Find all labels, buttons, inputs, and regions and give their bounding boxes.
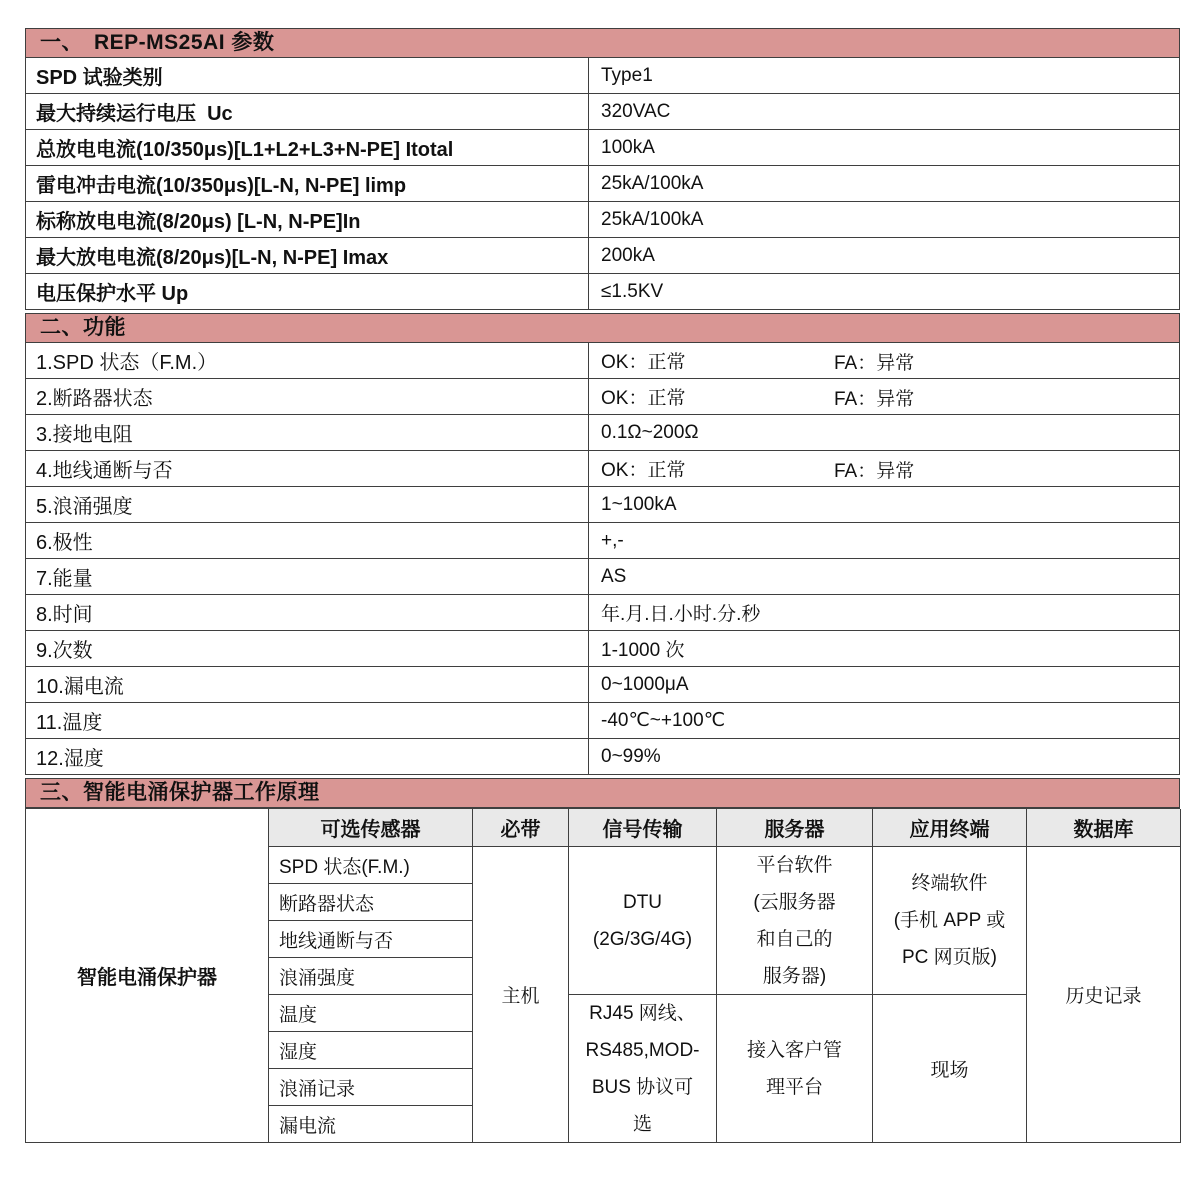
must-have-cell: 主机 (473, 847, 569, 1143)
terminal-top-cell: 终端软件 (手机 APP 或 PC 网页版) (873, 847, 1027, 995)
function-label: 12.湿度 (26, 739, 589, 774)
sensor-cell: 断路器状态 (269, 884, 473, 921)
param-value: 200kA (589, 238, 1179, 273)
spec-document: 一、 REP-MS25AI 参数 SPD 试验类别 Type1 最大持续运行电压… (25, 28, 1180, 1143)
column-header: 应用终端 (873, 809, 1027, 847)
table-row: 7.能量 AS (25, 559, 1180, 595)
table-row: 总放电电流(10/350μs)[L1+L2+L3+N-PE] Itotal 10… (25, 130, 1180, 166)
function-label: 10.漏电流 (26, 667, 589, 702)
column-header: 服务器 (717, 809, 873, 847)
sensor-cell: 漏电流 (269, 1106, 473, 1143)
sensor-cell: 温度 (269, 995, 473, 1032)
signal-top-text: DTU (2G/3G/4G) (593, 884, 692, 958)
signal-bottom-cell: RJ45 网线、 RS485,MOD- BUS 协议可 选 (569, 995, 717, 1143)
server-top-text: 平台软件 (云服务器 和自己的 服务器) (753, 847, 835, 995)
function-label: 3.接地电阻 (26, 415, 589, 450)
sensor-cell: 地线通断与否 (269, 921, 473, 958)
function-value: 0.1Ω~200Ω (589, 415, 1179, 450)
function-label: 6.极性 (26, 523, 589, 558)
ok-state: OK：正常 (601, 383, 685, 410)
param-label: 最大放电电流(8/20μs)[L-N, N-PE] Imax (26, 238, 589, 273)
table-row: SPD 试验类别 Type1 (25, 58, 1180, 94)
function-value: 0~99% (589, 739, 1179, 774)
table-row: 3.接地电阻 0.1Ω~200Ω (25, 415, 1180, 451)
column-header: 必带 (473, 809, 569, 847)
signal-bottom-text: RJ45 网线、 RS485,MOD- BUS 协议可 选 (585, 995, 699, 1143)
table-row: 8.时间 年.月.日.小时.分.秒 (25, 595, 1180, 631)
function-label: 5.浪涌强度 (26, 487, 589, 522)
param-label: 标称放电电流(8/20μs) [L-N, N-PE]In (26, 202, 589, 237)
sensor-cell: 浪涌记录 (269, 1069, 473, 1106)
parameters-table: SPD 试验类别 Type1 最大持续运行电压 Uc 320VAC 总放电电流(… (25, 58, 1180, 310)
ok-state: OK：正常 (601, 347, 685, 374)
section-1-header: 一、 REP-MS25AI 参数 (25, 28, 1180, 58)
table-row: 6.极性 +,- (25, 523, 1180, 559)
table-row: 雷电冲击电流(10/350μs)[L-N, N-PE] limp 25kA/10… (25, 166, 1180, 202)
sensor-cell: 浪涌强度 (269, 958, 473, 995)
function-label: 1.SPD 状态（F.M.） (26, 343, 589, 378)
param-value: Type1 (589, 58, 1179, 93)
table-row: 9.次数 1-1000 次 (25, 631, 1180, 667)
function-value: 年.月.日.小时.分.秒 (589, 595, 1179, 630)
function-label: 8.时间 (26, 595, 589, 630)
table-row: 标称放电电流(8/20μs) [L-N, N-PE]In 25kA/100kA (25, 202, 1180, 238)
fa-state: FA：异常 (834, 451, 914, 486)
row-header-cell: 智能电涌保护器 (26, 809, 269, 1143)
fa-state: FA：异常 (834, 379, 914, 414)
table-row: 5.浪涌强度 1~100kA (25, 487, 1180, 523)
function-value: +,- (589, 523, 1179, 558)
param-value: ≤1.5KV (589, 274, 1179, 309)
server-top-cell: 平台软件 (云服务器 和自己的 服务器) (717, 847, 873, 995)
param-label: 最大持续运行电压 Uc (26, 94, 589, 129)
function-label: 7.能量 (26, 559, 589, 594)
function-label: 2.断路器状态 (26, 379, 589, 414)
functions-table: 1.SPD 状态（F.M.） OK：正常 FA：异常 2.断路器状态 OK：正常… (25, 343, 1180, 775)
terminal-top-text: 终端软件 (手机 APP 或 PC 网页版) (894, 865, 1006, 976)
table-row: 最大放电电流(8/20μs)[L-N, N-PE] Imax 200kA (25, 238, 1180, 274)
table-row: 10.漏电流 0~1000μA (25, 667, 1180, 703)
table-row: 2.断路器状态 OK：正常 FA：异常 (25, 379, 1180, 415)
table-row: 4.地线通断与否 OK：正常 FA：异常 (25, 451, 1180, 487)
function-label: 9.次数 (26, 631, 589, 666)
table-row: 电压保护水平 Up ≤1.5KV (25, 274, 1180, 310)
function-label: 4.地线通断与否 (26, 451, 589, 486)
column-header: 可选传感器 (269, 809, 473, 847)
function-value: 1~100kA (589, 487, 1179, 522)
sensor-cell: 湿度 (269, 1032, 473, 1069)
function-value: 0~1000μA (589, 667, 1179, 702)
signal-top-cell: DTU (2G/3G/4G) (569, 847, 717, 995)
function-label: 11.温度 (26, 703, 589, 738)
param-value: 25kA/100kA (589, 202, 1179, 237)
function-value: -40℃~+100℃ (589, 703, 1179, 738)
function-value: OK：正常 FA：异常 (589, 343, 1179, 378)
database-cell: 历史记录 (1027, 847, 1181, 1143)
sensor-cell: SPD 状态(F.M.) (269, 847, 473, 884)
function-value: AS (589, 559, 1179, 594)
ok-state: OK：正常 (601, 455, 685, 482)
param-value: 100kA (589, 130, 1179, 165)
function-value: OK：正常 FA：异常 (589, 451, 1179, 486)
table-row: 最大持续运行电压 Uc 320VAC (25, 94, 1180, 130)
section-2-header: 二、功能 (25, 313, 1180, 343)
fa-state: FA：异常 (834, 343, 914, 378)
table-row: 12.湿度 0~99% (25, 739, 1180, 775)
param-value: 320VAC (589, 94, 1179, 129)
terminal-bottom-cell: 现场 (873, 995, 1027, 1143)
param-label: 总放电电流(10/350μs)[L1+L2+L3+N-PE] Itotal (26, 130, 589, 165)
column-header: 数据库 (1027, 809, 1181, 847)
table-row: 11.温度 -40℃~+100℃ (25, 703, 1180, 739)
server-bottom-text: 接入客户管 理平台 (747, 1032, 842, 1106)
param-label: 雷电冲击电流(10/350μs)[L-N, N-PE] limp (26, 166, 589, 201)
param-value: 25kA/100kA (589, 166, 1179, 201)
section-3-header: 三、智能电涌保护器工作原理 (25, 778, 1180, 808)
function-value: 1-1000 次 (589, 631, 1179, 666)
column-header: 信号传输 (569, 809, 717, 847)
server-bottom-cell: 接入客户管 理平台 (717, 995, 873, 1143)
table-row: 1.SPD 状态（F.M.） OK：正常 FA：异常 (25, 343, 1180, 379)
principle-table: 智能电涌保护器 可选传感器 必带 信号传输 服务器 应用终端 数据库 SPD 状… (25, 808, 1180, 1143)
param-label: SPD 试验类别 (26, 58, 589, 93)
param-label: 电压保护水平 Up (26, 274, 589, 309)
function-value: OK：正常 FA：异常 (589, 379, 1179, 414)
